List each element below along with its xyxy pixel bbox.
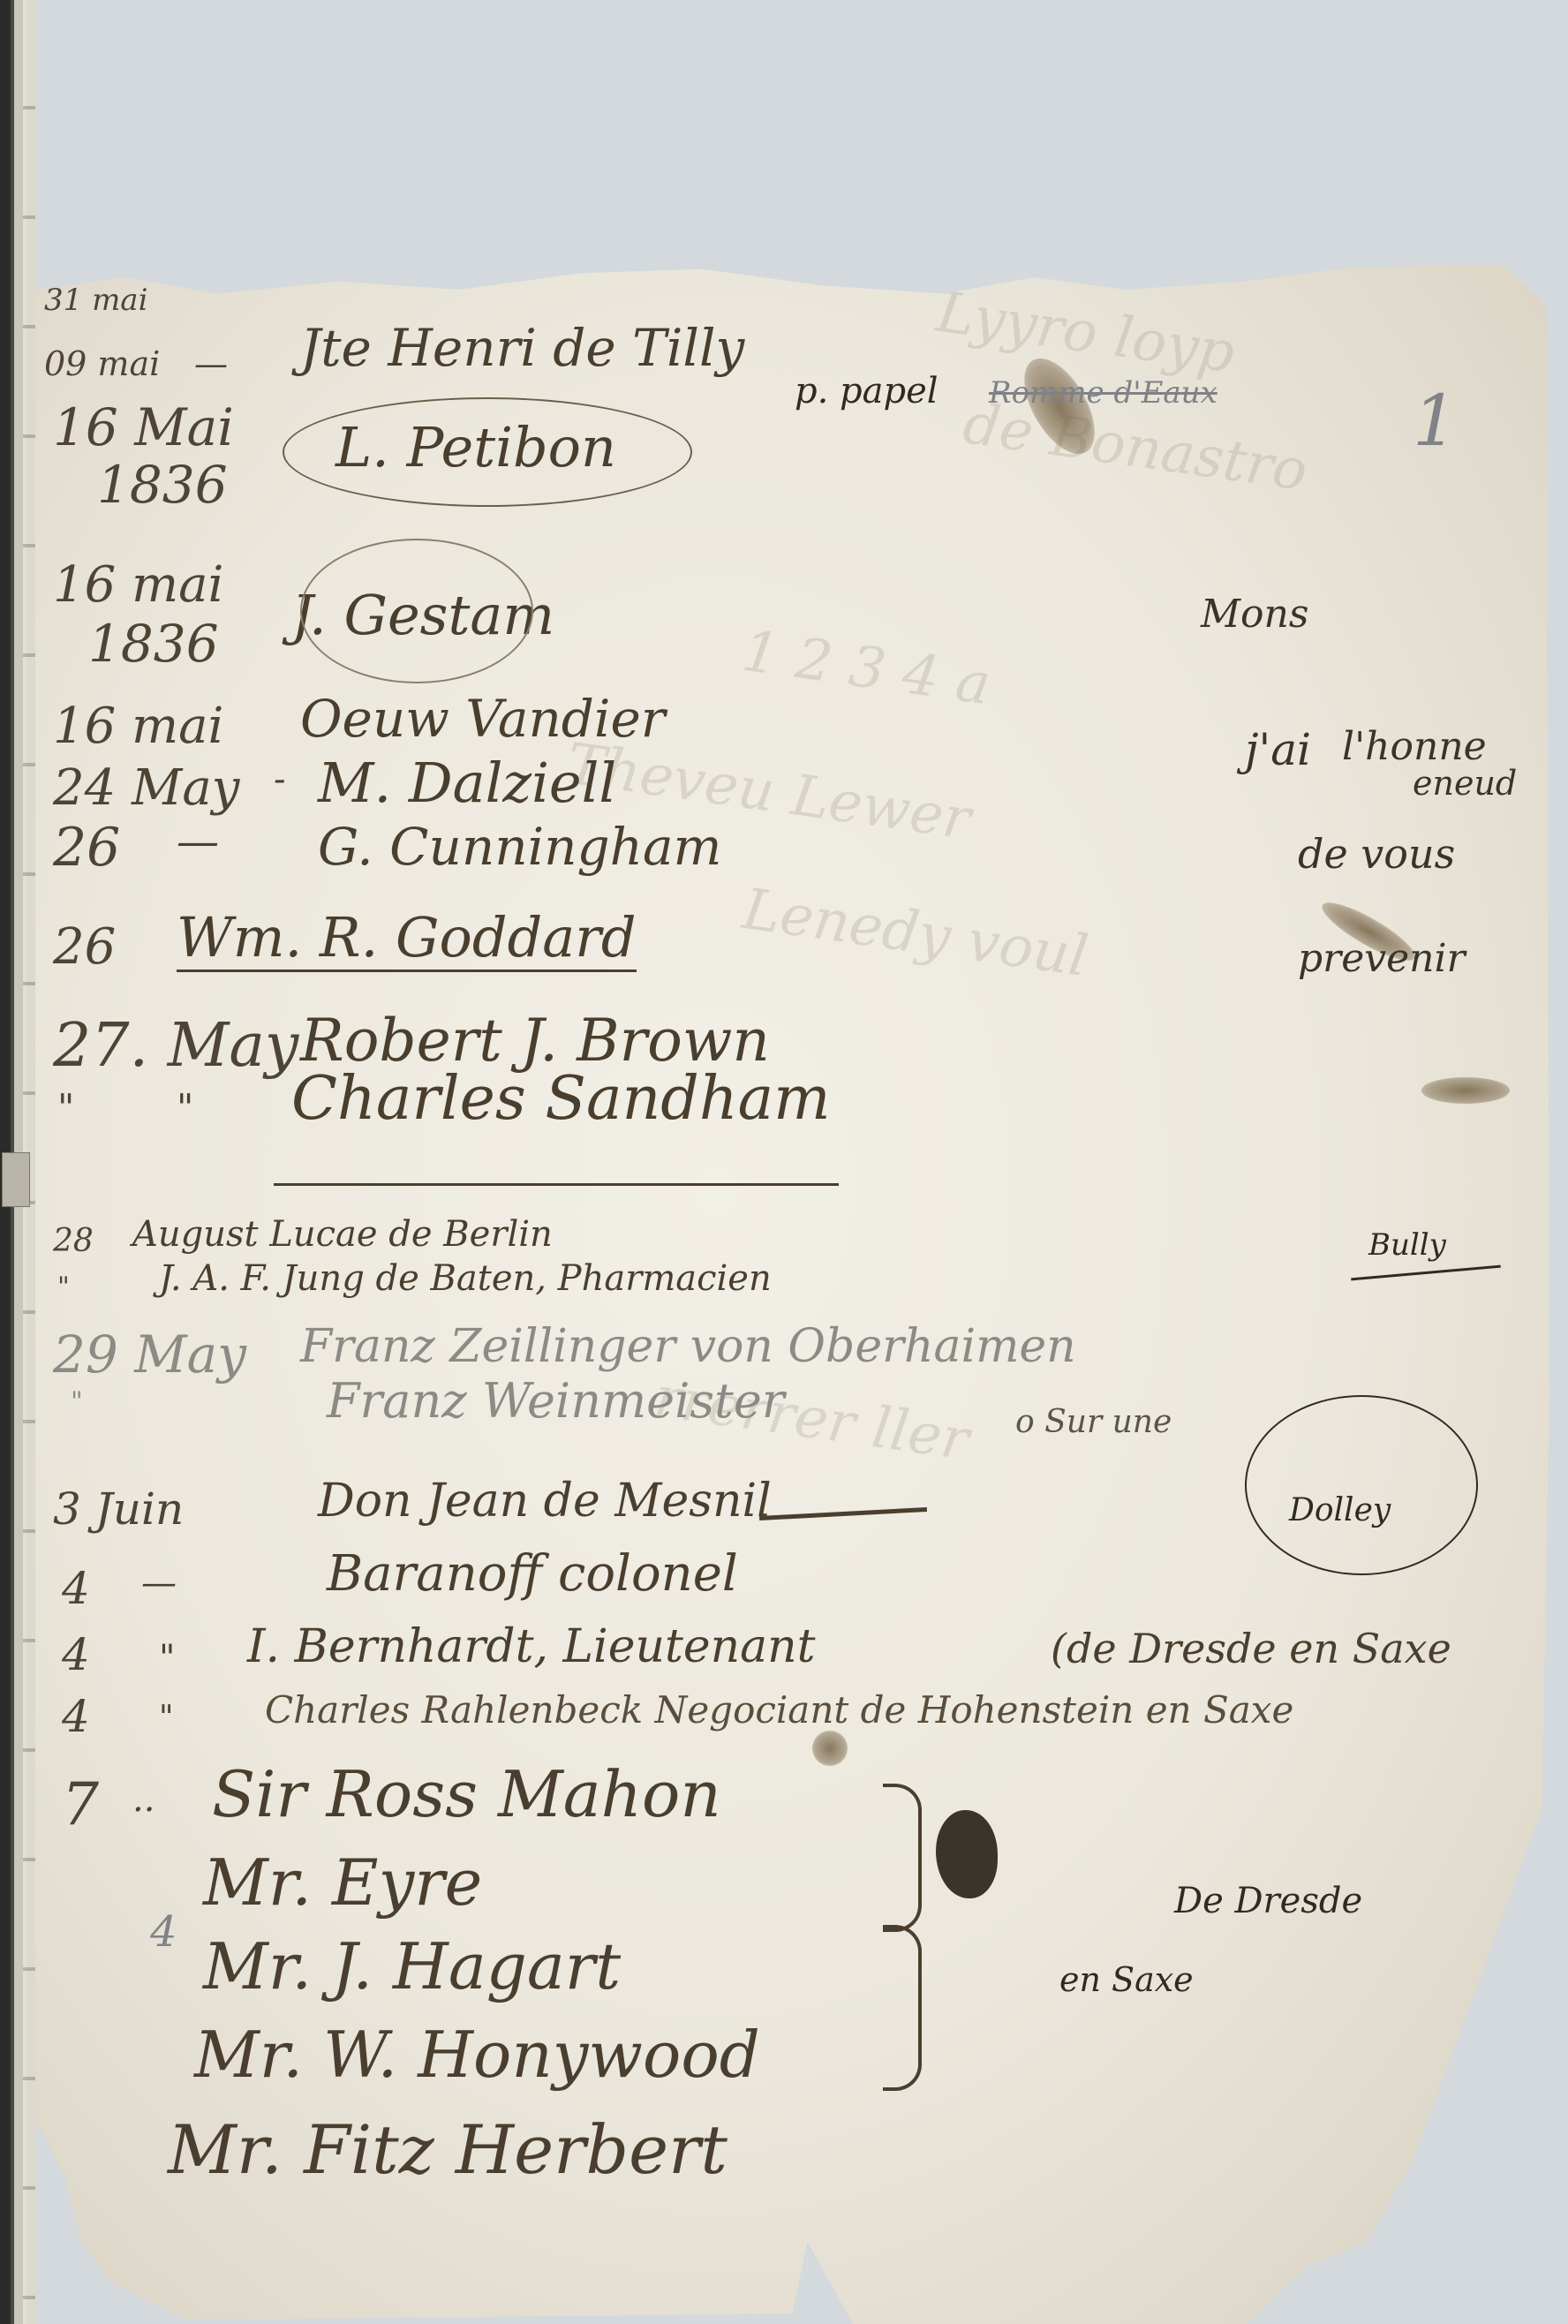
- margin-note-ur: eneud: [1413, 764, 1517, 803]
- pencil-number-mark: 1: [1413, 380, 1458, 462]
- entry-mark: ": [159, 1700, 174, 1736]
- date-09-mai: 09 mai: [44, 344, 160, 383]
- note-p-papel: p. papel: [795, 371, 939, 411]
- ditto-mark: ": [71, 1386, 83, 1417]
- note-faded-crossed: Romme d'Eaux: [989, 375, 1217, 411]
- entry-name: M. Dalziell: [318, 751, 616, 815]
- entry-date: 27. May: [53, 1011, 298, 1081]
- entry-date: 4: [62, 1629, 90, 1680]
- entry-name: I. Bernhardt, Lieutenant: [247, 1620, 816, 1673]
- entry-mark: ": [159, 1638, 175, 1679]
- entry-mark: —: [177, 817, 219, 866]
- entry-name: Mr. J. Hagart: [203, 1929, 621, 2003]
- entry-date: 16 Mai: [53, 397, 234, 457]
- date-31-mai: 31 mai: [44, 283, 147, 318]
- entry-name: Mr. W. Honywood: [194, 2018, 760, 2092]
- entry-name-faded: Franz Weinmeister: [327, 1373, 785, 1429]
- entry-mark: ..: [132, 1779, 155, 1820]
- entry-mark: -: [274, 759, 286, 800]
- ditto-mark: ": [57, 1271, 70, 1302]
- bleed-through-text: 1 2 3 4 a: [738, 619, 994, 719]
- dash-mark: —: [194, 344, 228, 383]
- margin-note-lhonneur: l'honne: [1342, 724, 1487, 769]
- entry-henri-de-tilly: Jte Henri de Tilly: [300, 318, 744, 378]
- strike-line: [759, 1507, 927, 1520]
- entry-name: Mr. Eyre: [203, 1845, 482, 1920]
- bleed-through-text: Lyyro loyp: [933, 280, 1239, 386]
- grouping-brace-top: [883, 1784, 922, 1932]
- entry-name: Wm. R. Goddard: [177, 905, 637, 972]
- entry-name: Mr. Fitz Herbert: [168, 2110, 727, 2189]
- entry-year: 1836: [88, 614, 219, 674]
- margin-note-jai: j'ai: [1245, 724, 1311, 775]
- margin-pencil-mark: 4: [150, 1907, 177, 1957]
- section-divider-line: [274, 1183, 839, 1186]
- entry-note: (de Dresde en Saxe: [1051, 1625, 1451, 1672]
- entry-name: Sir Ross Mahon: [212, 1757, 721, 1831]
- entry-name: Charles Rahlenbeck Negociant de Hohenste…: [265, 1688, 1293, 1732]
- signature-flourish: [300, 539, 533, 683]
- entry-date: 26: [53, 918, 116, 976]
- bleed-through-text: Lenedy voul: [739, 877, 1092, 990]
- entry-name: August Lucae de Berlin: [132, 1214, 553, 1255]
- entry-date: 3 Juin: [53, 1483, 184, 1535]
- entry-name: Don Jean de Mesnil: [318, 1475, 772, 1528]
- ink-stain: [812, 1731, 848, 1766]
- ink-blot: [936, 1810, 998, 1898]
- entry-date: 4: [62, 1691, 90, 1742]
- entry-date: 28: [53, 1223, 94, 1259]
- entry-date: 16 mai: [53, 698, 223, 755]
- entry-name: G. Cunningham: [318, 817, 722, 877]
- margin-note-en-saxe: en Saxe: [1059, 1960, 1194, 1999]
- entry-date: 4: [62, 1563, 90, 1614]
- margin-note-de-dresde: De Dresde: [1174, 1881, 1362, 1921]
- entry-date: 29 May: [53, 1324, 246, 1385]
- ditto-mark: ": [177, 1086, 193, 1129]
- margin-note-o-sur-une: o Sur une: [1015, 1404, 1172, 1440]
- ditto-mark: ": [57, 1086, 74, 1129]
- binding-clip: [2, 1152, 30, 1207]
- entry-name-faded: Franz Zeillinger von Oberhaimen: [300, 1320, 1076, 1373]
- entry-name: Charles Sandham: [291, 1064, 831, 1134]
- signature-circle-flourish: [1245, 1395, 1478, 1575]
- grouping-brace-bottom: [883, 1925, 922, 2091]
- margin-note-de-vous: de vous: [1298, 830, 1455, 878]
- entry-year: 1836: [97, 455, 228, 515]
- entry-date: 16 mai: [53, 556, 223, 614]
- entry-name: Oeuw Vandier: [300, 689, 666, 749]
- margin-note-mons: Mons: [1201, 592, 1308, 637]
- signature-flourish: [283, 397, 692, 507]
- entry-name: Baranoff colonel: [327, 1545, 738, 1603]
- entry-date: 26: [53, 817, 120, 879]
- margin-note-prevenir: prevenir: [1298, 936, 1466, 981]
- margin-signature-dolley: Dolley: [1289, 1492, 1391, 1528]
- margin-signature-bully: Bully: [1368, 1227, 1446, 1263]
- entry-date: 24 May: [53, 759, 239, 817]
- entry-name: J. A. F. Jung de Baten, Pharmacien: [159, 1258, 772, 1299]
- ink-stain: [1421, 1077, 1510, 1104]
- entry-date: 7: [62, 1770, 99, 1838]
- signature-underline: [1351, 1265, 1501, 1281]
- entry-mark: —: [141, 1563, 177, 1603]
- manuscript-page: Lyyro loyp de Bonastro 1 2 3 4 a Theveu …: [35, 265, 1549, 2324]
